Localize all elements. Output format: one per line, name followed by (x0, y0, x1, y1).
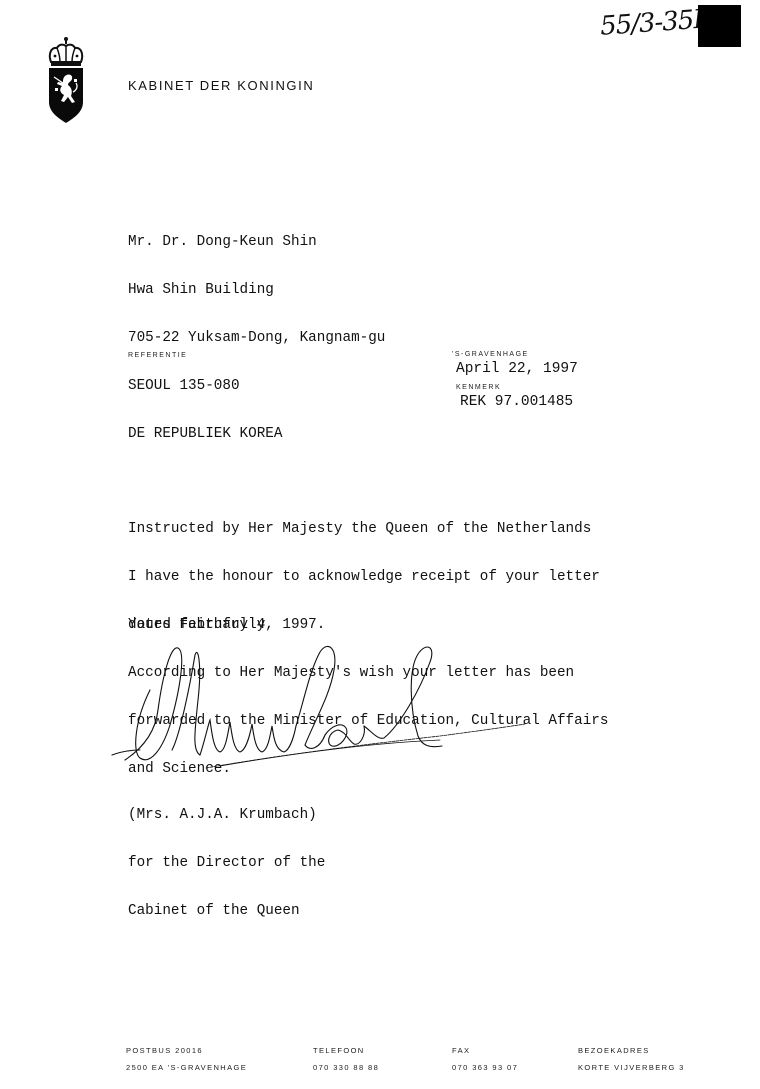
postbus-label: POSTBUS 20016 (126, 1046, 247, 1055)
kenmerk-value: REK 97.001485 (460, 394, 573, 410)
signatory-line: (Mrs. A.J.A. Krumbach) (128, 807, 325, 823)
closing-salutation: Yours faithfully (128, 617, 265, 633)
address-line: 705-22 Yuksam-Dong, Kangnam-gu (128, 330, 385, 346)
telefoon-value: 070 330 88 88 (313, 1063, 379, 1072)
handwritten-file-number: 55/3-35L (599, 4, 710, 42)
letterhead-title: KABINET DER KONINGIN (128, 78, 314, 93)
signatory-block: (Mrs. A.J.A. Krumbach) for the Director … (128, 775, 325, 935)
address-line: Mr. Dr. Dong-Keun Shin (128, 234, 385, 250)
signatory-line: Cabinet of the Queen (128, 903, 325, 919)
postbus-value: 2500 EA 'S-GRAVENHAGE (126, 1063, 247, 1072)
recipient-address: Mr. Dr. Dong-Keun Shin Hwa Shin Building… (128, 202, 385, 458)
bezoekadres-value: KORTE VIJVERBERG 3 (578, 1063, 685, 1072)
address-line: DE REPUBLIEK KOREA (128, 426, 385, 442)
footer-bezoekadres: BEZOEKADRES KORTE VIJVERBERG 3 (578, 1046, 685, 1072)
place-label: 'S-GRAVENHAGE (452, 351, 529, 358)
letter-date: April 22, 1997 (456, 361, 578, 377)
footer-telefoon: TELEFOON 070 330 88 88 (313, 1046, 379, 1072)
body-line: I have the honour to acknowledge receipt… (128, 569, 608, 585)
address-line: Hwa Shin Building (128, 282, 385, 298)
body-line: Instructed by Her Majesty the Queen of t… (128, 521, 608, 537)
fax-label: FAX (452, 1046, 518, 1055)
footer-postbus: POSTBUS 20016 2500 EA 'S-GRAVENHAGE (126, 1046, 247, 1072)
fax-value: 070 363 93 07 (452, 1063, 518, 1072)
handwritten-signature (110, 640, 530, 780)
bezoekadres-label: BEZOEKADRES (578, 1046, 685, 1055)
address-line: SEOUL 135-080 (128, 378, 385, 394)
telefoon-label: TELEFOON (313, 1046, 379, 1055)
redaction-box (698, 5, 741, 47)
footer-fax: FAX 070 363 93 07 (452, 1046, 518, 1072)
kenmerk-label: KENMERK (456, 384, 501, 391)
referentie-label: REFERENTIE (128, 352, 187, 359)
signatory-line: for the Director of the (128, 855, 325, 871)
coat-of-arms-icon (46, 36, 86, 124)
